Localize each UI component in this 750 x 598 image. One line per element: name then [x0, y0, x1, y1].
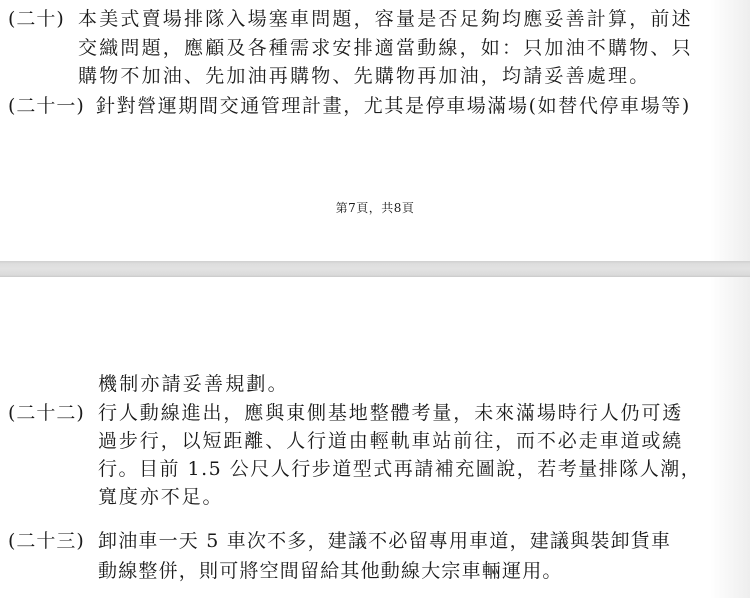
- item-text-line: 卸油車一天 5 車次不多，建議不必留專用車道，建議與裝卸貨車: [98, 530, 671, 552]
- document-page-8: 機制亦請妥善規劃。 (二十二) 行人動線進出，應與東側基地整體考量，未來滿場時行…: [0, 277, 750, 598]
- item-text-line: 行人動線進出，應與東側基地整體考量，未來滿場時行人仍可透: [98, 402, 683, 424]
- page-footer: 第7頁，共8頁: [0, 199, 750, 216]
- item-text-line: 行。目前 1.5 公尺人行步道型式再請補充圖說，若考量排隊人潮，: [98, 458, 701, 480]
- item-number: (二十三): [8, 530, 85, 552]
- item-text-line: 購物不加油、先加油再購物、先購物再加油，均請妥善處理。: [78, 65, 650, 87]
- item-text-line: 交織問題，應顧及各種需求安排適當動線，如：只加油不購物、只: [78, 37, 693, 59]
- item-text-line: 本美式賣場排隊入場塞車問題，容量是否足夠均應妥善計算，前述: [78, 8, 693, 30]
- item-number: (二十): [8, 8, 65, 30]
- continuation-text: 機制亦請妥善規劃。: [98, 373, 289, 395]
- page-separator: [0, 261, 750, 277]
- item-text-line: 寬度亦不足。: [98, 486, 223, 508]
- item-number: (二十一): [8, 95, 85, 117]
- item-text-line: 針對營運期間交通管理計畫，尤其是停車場滿場(如替代停車場等): [96, 95, 691, 117]
- item-text-line: 過步行，以短距離、人行道由輕軌車站前往，而不必走車道或繞: [98, 430, 683, 452]
- item-number: (二十二): [8, 402, 85, 424]
- document-page-7: (二十) 本美式賣場排隊入場塞車問題，容量是否足夠均應妥善計算，前述 交織問題，…: [0, 0, 750, 261]
- item-text-line: 動線整併，則可將空間留給其他動線大宗車輛運用。: [98, 560, 563, 582]
